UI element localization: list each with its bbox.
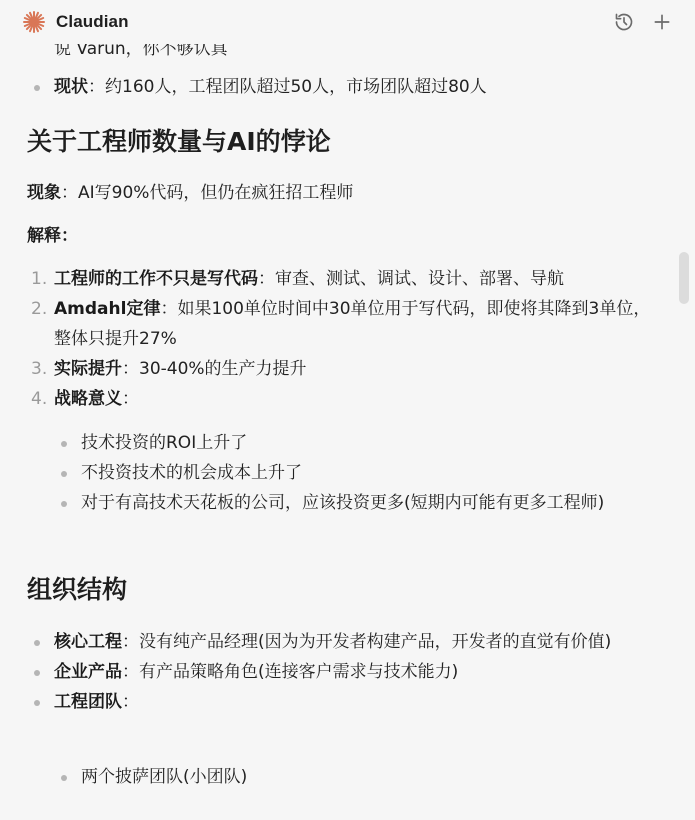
list-item: 企业产品：有产品策略角色(连接客户需求与技术能力) xyxy=(27,657,657,687)
item-label: 工程师的工作不只是写代码 xyxy=(54,269,258,289)
bottom-fade-overlay xyxy=(0,786,695,820)
item-label: 企业产品 xyxy=(54,662,122,682)
status-list: 现状：约160人，工程团队超过50人，市场团队超过80人 xyxy=(27,72,667,102)
strategy-sublist: 技术投资的ROI上升了 不投资技术的机会成本上升了 对于有高技术天花板的公司，应… xyxy=(54,428,666,518)
claudian-panel: Claudian 说 Varun，你不够认真 现状：约160人， xyxy=(0,0,695,820)
list-item: 不投资技术的机会成本上升了 xyxy=(54,458,666,488)
app-title: Claudian xyxy=(56,12,129,32)
phenomenon-paragraph: 现象：AI写90%代码，但仍在疯狂招工程师 xyxy=(27,178,667,208)
item-label: 现状 xyxy=(54,77,88,97)
item-text: ： xyxy=(122,389,139,409)
item-text: ：没有纯产品经理(因为为开发者构建产品，开发者的直觉有价值) xyxy=(122,632,611,652)
list-item: 1. 工程师的工作不只是写代码：审查、测试、调试、设计、部署、导航 xyxy=(27,264,657,294)
list-item: 现状：约160人，工程团队超过50人，市场团队超过80人 xyxy=(27,72,667,102)
list-item: 对于有高技术天花板的公司，应该投资更多(短期内可能有更多工程师) xyxy=(54,488,666,518)
item-label: 核心工程 xyxy=(54,632,122,652)
item-label: Amdahl定律 xyxy=(54,299,160,319)
panel-header: Claudian xyxy=(0,0,695,44)
section-heading: 组织结构 xyxy=(27,573,667,607)
explanation-list: 1. 工程师的工作不只是写代码：审查、测试、调试、设计、部署、导航 2. Amd… xyxy=(27,264,657,414)
item-text: ：30-40%的生产力提升 xyxy=(122,359,307,379)
item-label: 工程团队 xyxy=(54,692,122,712)
history-clock-icon[interactable] xyxy=(613,11,635,33)
list-number: 4. xyxy=(31,384,47,414)
list-item: 2. Amdahl定律：如果100单位时间中30单位用于写代码，即使将其降到3单… xyxy=(27,294,657,354)
item-text: ：有产品策略角色(连接客户需求与技术能力) xyxy=(122,662,458,682)
explanation-label: 解释： xyxy=(27,221,667,251)
list-number: 3. xyxy=(31,354,47,384)
list-number: 1. xyxy=(31,264,47,294)
list-item: 4. 战略意义： xyxy=(27,384,657,414)
phenomenon-text: ：AI写90%代码，但仍在疯狂招工程师 xyxy=(61,183,353,203)
list-item: 工程团队： xyxy=(27,687,657,717)
list-item: 核心工程：没有纯产品经理(因为为开发者构建产品，开发者的直觉有价值) xyxy=(27,627,657,657)
partial-text-line: 说 Varun，你不够认真 xyxy=(54,44,228,58)
item-text: ： xyxy=(122,692,139,712)
org-structure-list: 核心工程：没有纯产品经理(因为为开发者构建产品，开发者的直觉有价值) 企业产品：… xyxy=(27,627,657,717)
item-label: 战略意义 xyxy=(54,389,122,409)
list-item: 3. 实际提升：30-40%的生产力提升 xyxy=(27,354,657,384)
list-number: 2. xyxy=(31,294,47,324)
item-text: ：审查、测试、调试、设计、部署、导航 xyxy=(258,269,564,289)
item-text: ：约160人，工程团队超过50人，市场团队超过80人 xyxy=(88,77,487,97)
sparkle-asterisk-icon xyxy=(22,10,46,34)
item-label: 实际提升 xyxy=(54,359,122,379)
header-actions xyxy=(613,11,673,33)
section-heading: 关于工程师数量与AI的悖论 xyxy=(27,125,667,159)
scrollbar-thumb[interactable] xyxy=(679,252,689,304)
phenomenon-label: 现象 xyxy=(27,183,61,203)
list-item: 技术投资的ROI上升了 xyxy=(54,428,666,458)
plus-icon[interactable] xyxy=(651,11,673,33)
